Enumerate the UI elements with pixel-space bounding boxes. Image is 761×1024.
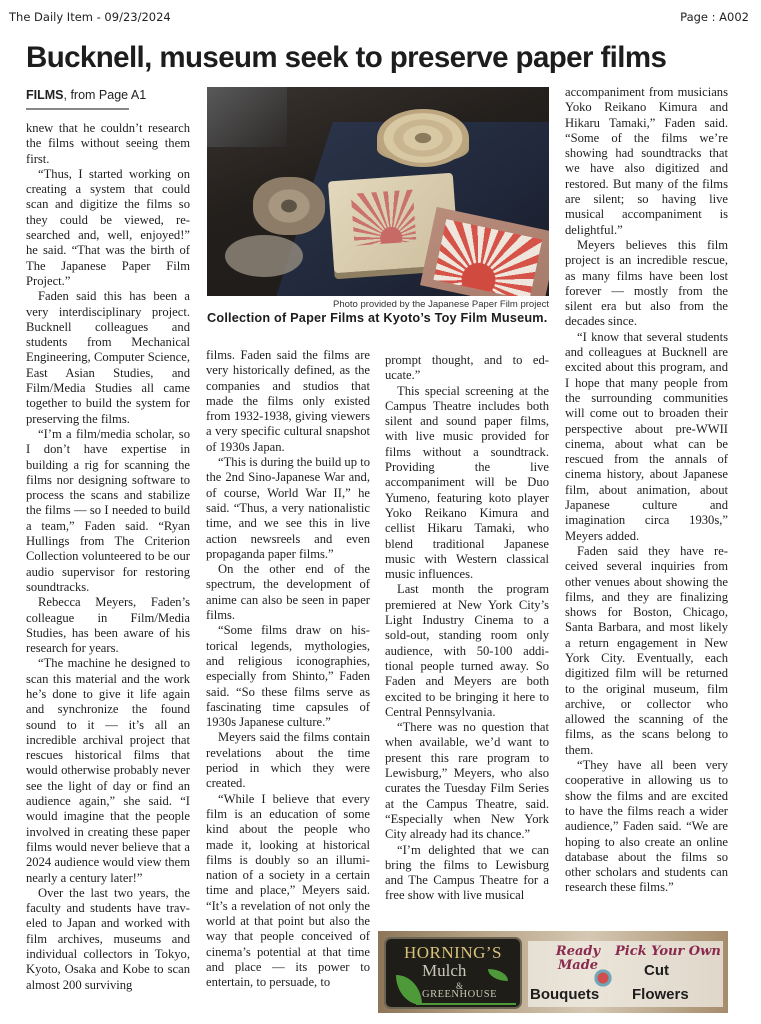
paragraph: “Some films draw on his­torical legends,… (206, 623, 370, 730)
paragraph: “There was no question that when availab… (385, 720, 549, 842)
ad-logo: HORNING’S Mulch & GREENHOUSE (384, 937, 522, 1009)
article-column-3: prompt thought, and to ed­ucate.” This s… (385, 353, 549, 904)
article-column-2: films. Faden said the films are very his… (206, 348, 370, 990)
paragraph: Meyers said the films con­tain revelatio… (206, 730, 370, 791)
paragraph: Over the last two years, the faculty and… (26, 886, 190, 993)
paragraph: knew that he couldn’t research the films… (26, 121, 190, 167)
paragraph: “Thus, I started working on creating a s… (26, 167, 190, 289)
paragraph: accompaniment from musi­cians Yoko Reika… (565, 85, 728, 238)
paragraph: Last month the program premiered at New … (385, 582, 549, 720)
paragraph: Meyers believes this film project is an … (565, 238, 728, 330)
paragraph: This special screening at the Campus The… (385, 384, 549, 583)
paragraph: Faden said they have re­ceived several i… (565, 544, 728, 758)
page-number: Page : A002 (680, 10, 749, 24)
ad-pick-your-own: Pick Your Own (615, 945, 721, 959)
page-header: The Daily Item - 09/23/2024 Page : A002 (9, 10, 749, 28)
paragraph: “They have all been very cooperative in … (565, 758, 728, 896)
ad-cut: Cut (644, 963, 669, 979)
paragraph: “I know that several stu­dents and colle… (565, 330, 728, 544)
photo-film-reel (377, 109, 469, 167)
photo-credit: Photo provided by the Japanese Paper Fil… (207, 299, 549, 310)
paragraph: “I’m delighted that we can bring the fil… (385, 843, 549, 904)
jump-label: FILMS (26, 88, 64, 102)
article-headline: Bucknell, museum seek to preserve paper … (26, 41, 761, 75)
paragraph: Rebecca Meyers, Faden’s colleague in Fil… (26, 595, 190, 656)
paragraph: Faden said this has been a very interdis… (26, 289, 190, 427)
ad-brand-greenhouse: GREENHOUSE (422, 989, 497, 1000)
article-photo (207, 87, 549, 296)
photo-film-reel (253, 177, 325, 235)
photo-film-reel (225, 235, 303, 277)
ad-flowers: Flowers (632, 987, 689, 1003)
ad-bouquets: Bouquets (530, 987, 599, 1003)
photo-corner (207, 87, 287, 147)
article-column-4: accompaniment from musi­cians Yoko Reika… (565, 85, 728, 896)
jump-line: FILMS, from Page A1 (26, 88, 190, 102)
paragraph: “The machine he designed to scan this ma… (26, 656, 190, 885)
leaf-icon (396, 975, 422, 1005)
jump-from: , from Page A1 (64, 88, 147, 102)
paragraph: “While I believe that every film is an e… (206, 792, 370, 991)
article-column-1: knew that he couldn’t research the films… (26, 121, 190, 993)
jump-rule-divider (26, 108, 129, 110)
leaf-icon (488, 969, 508, 981)
paragraph: prompt thought, and to ed­ucate.” (385, 353, 549, 384)
paragraph: “This is during the build up to the 2nd … (206, 455, 370, 562)
paragraph: On the other end of the spectrum, the de… (206, 562, 370, 623)
flower-icon (592, 967, 614, 989)
swoosh-divider (416, 1003, 516, 1005)
paragraph: films. Faden said the films are very his… (206, 348, 370, 455)
ad-brand-mulch: Mulch (422, 961, 466, 981)
photo-caption: Collection of Paper Films at Kyoto’s Toy… (207, 311, 549, 325)
paragraph: “I’m a film/media scholar, so I don’t ha… (26, 427, 190, 595)
publication-date: The Daily Item - 09/23/2024 (9, 10, 171, 24)
hornings-advertisement[interactable]: HORNING’S Mulch & GREENHOUSE Ready Made … (378, 931, 728, 1013)
ad-brand-name: HORNING’S (386, 943, 520, 963)
